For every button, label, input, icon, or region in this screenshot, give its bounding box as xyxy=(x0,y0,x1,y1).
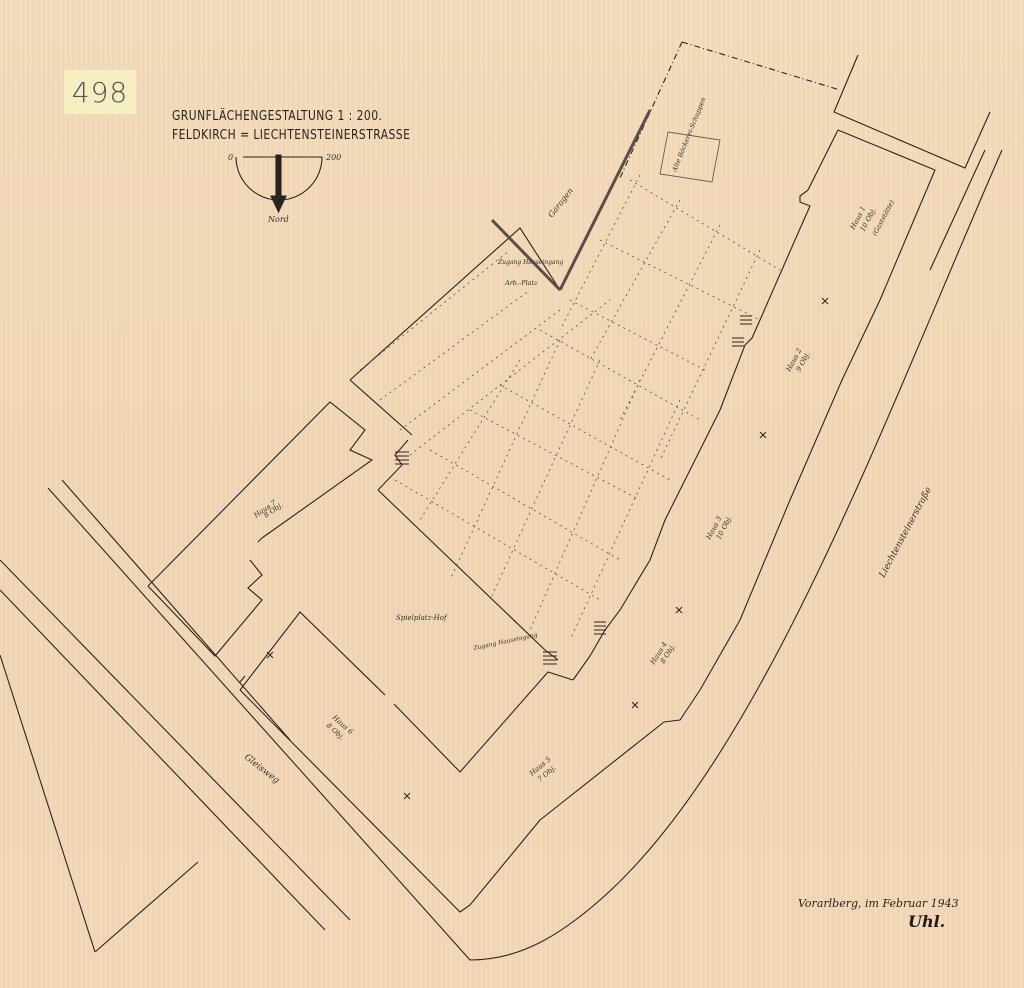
house-7-label: Haus 7 8 Obj. xyxy=(252,498,285,520)
house-1-label: Haus 1 10 Obj. (Gaststätte) xyxy=(848,198,896,237)
stairs-icons xyxy=(395,316,752,664)
survey-markers xyxy=(267,298,828,799)
house-5-label: Haus 5 7 Obj. xyxy=(527,755,557,784)
svg-text:Gleisweg: Gleisweg xyxy=(242,752,281,786)
svg-text:200: 200 xyxy=(325,153,341,162)
svg-text:Nord: Nord xyxy=(267,215,289,224)
place-date-note: Vorarlberg, im Februar 1943 xyxy=(798,897,959,910)
building-house-5 xyxy=(240,672,573,912)
street-gleisweg xyxy=(0,480,470,960)
building-house-7 xyxy=(148,402,372,656)
garden-plot-grid xyxy=(360,175,780,640)
north-arrow-icon: 0 200 Nord xyxy=(228,153,341,224)
signature-initials: Uhl. xyxy=(908,912,945,931)
house-2-label: Haus 2 9 Obj. xyxy=(784,347,812,374)
svg-text:Garagen: Garagen xyxy=(546,186,574,219)
house-6-label: Haus 6 8 Obj. xyxy=(325,713,355,742)
svg-text:Spielplatz-Hof: Spielplatz-Hof xyxy=(396,614,448,622)
svg-text:Zugang Hauseingang: Zugang Hauseingang xyxy=(472,632,538,653)
svg-text:Liechtensteinerstraße: Liechtensteinerstraße xyxy=(877,486,934,581)
svg-text:0: 0 xyxy=(228,153,233,162)
house-4-label: Haus 4 8 Obj. xyxy=(648,641,677,667)
svg-text:(Gaststätte): (Gaststätte) xyxy=(871,198,897,237)
street-liechtensteinerstrasse xyxy=(470,150,1002,960)
svg-text:Zugang Hauseingang: Zugang Hauseingang xyxy=(497,259,563,266)
svg-text:Alte Bäckerei-Schuppen: Alte Bäckerei-Schuppen xyxy=(670,96,708,174)
site-plan-drawing: 0 200 Nord xyxy=(0,0,1024,988)
svg-text:Arb.-Platz: Arb.-Platz xyxy=(504,279,538,287)
building-house-6 xyxy=(240,612,385,695)
house-3-label: Haus 3 10 Obj. xyxy=(704,514,734,541)
